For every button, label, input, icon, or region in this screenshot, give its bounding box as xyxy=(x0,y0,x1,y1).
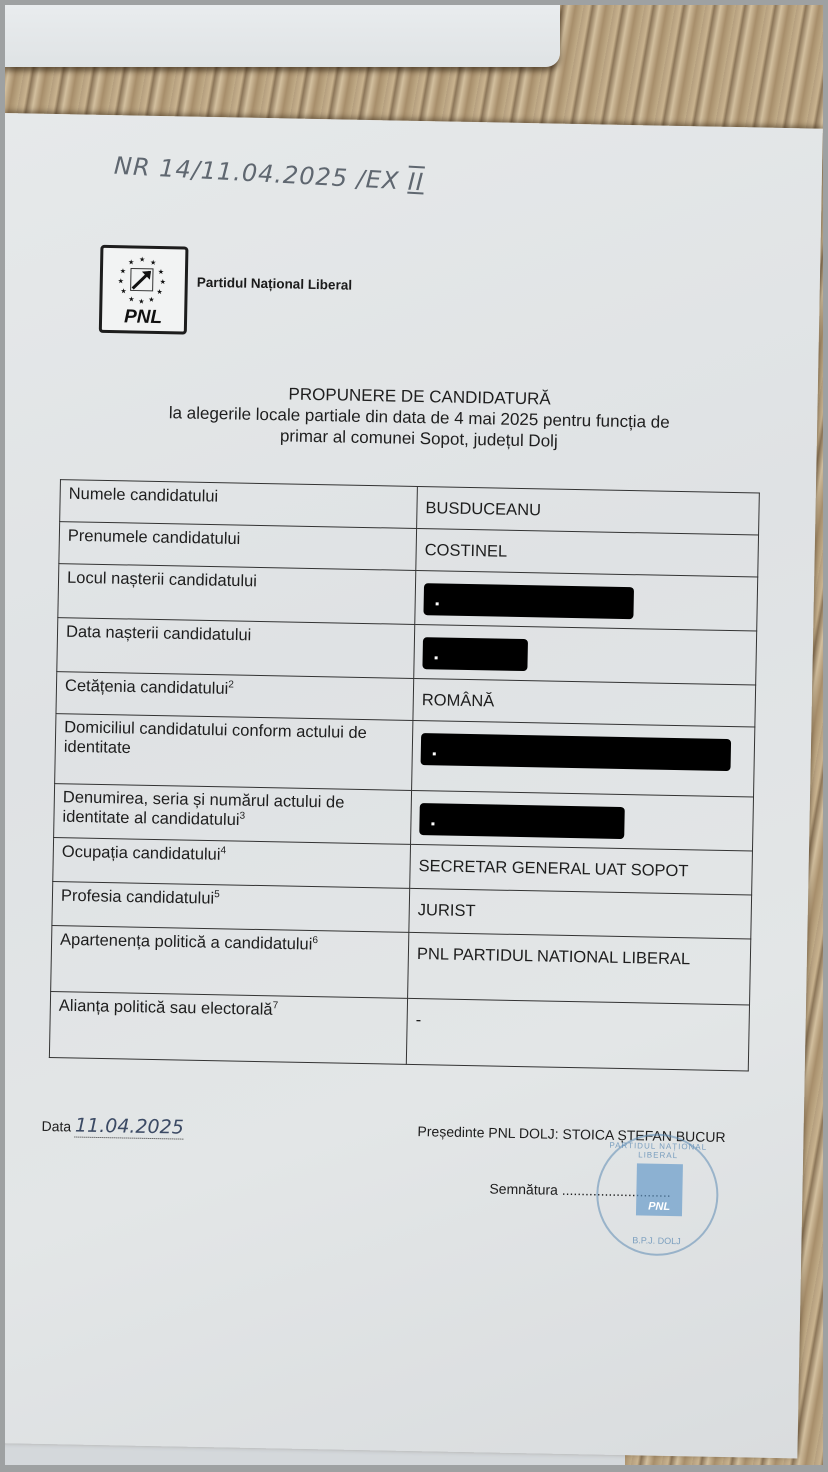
redaction-block xyxy=(422,637,528,671)
document-title-block: PROPUNERE DE CANDIDATURĂ la alegerile lo… xyxy=(139,381,700,455)
field-value xyxy=(415,570,758,631)
svg-text:★: ★ xyxy=(128,295,134,303)
party-name: Partidul Național Liberal xyxy=(197,275,353,293)
date-field: Data 11.04.2025 xyxy=(41,1114,184,1139)
svg-text:★: ★ xyxy=(120,287,126,295)
document-sheet: NR 14/11.04.2025 /EX II ★★★ ★★ ★★ ★★ ★★★… xyxy=(5,113,823,1458)
redaction-block xyxy=(423,583,634,619)
background-paper-top xyxy=(5,5,560,67)
photo-frame: NR 14/11.04.2025 /EX II ★★★ ★★ ★★ ★★ ★★★… xyxy=(5,5,823,1465)
field-label: Cetățenia candidatului2 xyxy=(56,672,414,721)
table-row: Domiciliul candidatului conform actului … xyxy=(55,714,755,797)
field-label: Apartenența politică a candidatului6 xyxy=(51,926,409,999)
svg-text:★: ★ xyxy=(160,278,166,286)
field-label: Ocupația candidatului4 xyxy=(53,838,411,889)
field-label: Profesia candidatului5 xyxy=(52,882,410,933)
field-value: ROMÂNĂ xyxy=(413,678,756,727)
svg-text:★: ★ xyxy=(118,277,124,285)
redaction-block xyxy=(421,733,732,771)
field-label: Domiciliul candidatului conform actului … xyxy=(55,714,413,791)
svg-text:★: ★ xyxy=(120,267,126,275)
table-row: Alianța politică sau electorală7- xyxy=(49,992,749,1071)
field-value: SECRETAR GENERAL UAT SOPOT xyxy=(410,844,753,895)
field-label: Data nașterii candidatului xyxy=(57,618,415,679)
stamp-logo: PNL xyxy=(636,1163,683,1216)
field-label: Alianța politică sau electorală7 xyxy=(49,992,407,1065)
stars-arrow-icon: ★★★ ★★ ★★ ★★ ★★★ xyxy=(114,254,169,305)
svg-text:★: ★ xyxy=(138,298,144,306)
field-value xyxy=(411,790,754,851)
field-value xyxy=(412,720,755,797)
party-stamp-icon: PARTIDUL NAȚIONAL LIBERAL PNL B.P.J. DOL… xyxy=(595,1133,719,1257)
handwritten-date: 11.04.2025 xyxy=(75,1115,184,1140)
field-value: BUSDUCEANU xyxy=(417,486,760,535)
svg-text:★: ★ xyxy=(150,259,156,267)
handwritten-reference: NR 14/11.04.2025 /EX II xyxy=(113,152,424,197)
field-label: Prenumele candidatului xyxy=(59,522,417,571)
svg-text:★: ★ xyxy=(128,258,134,266)
field-value xyxy=(414,624,757,685)
field-value: JURIST xyxy=(409,888,752,939)
pnl-logo-icon: ★★★ ★★ ★★ ★★ ★★★ PNL xyxy=(99,245,189,335)
field-label: Denumirea, seria și numărul actului de i… xyxy=(54,784,412,845)
field-value: - xyxy=(406,998,749,1071)
field-value: COSTINEL xyxy=(416,528,759,577)
svg-text:★: ★ xyxy=(158,268,164,276)
candidate-form-table: Numele candidatuluiBUSDUCEANUPrenumele c… xyxy=(49,479,760,1071)
svg-text:★: ★ xyxy=(139,256,145,264)
svg-text:★: ★ xyxy=(156,288,162,296)
svg-text:★: ★ xyxy=(148,296,154,304)
field-label: Numele candidatului xyxy=(60,480,418,529)
field-label: Locul nașterii candidatului xyxy=(58,564,416,625)
field-value: PNL PARTIDUL NATIONAL LIBERAL xyxy=(408,932,751,1005)
redaction-block xyxy=(419,803,625,839)
